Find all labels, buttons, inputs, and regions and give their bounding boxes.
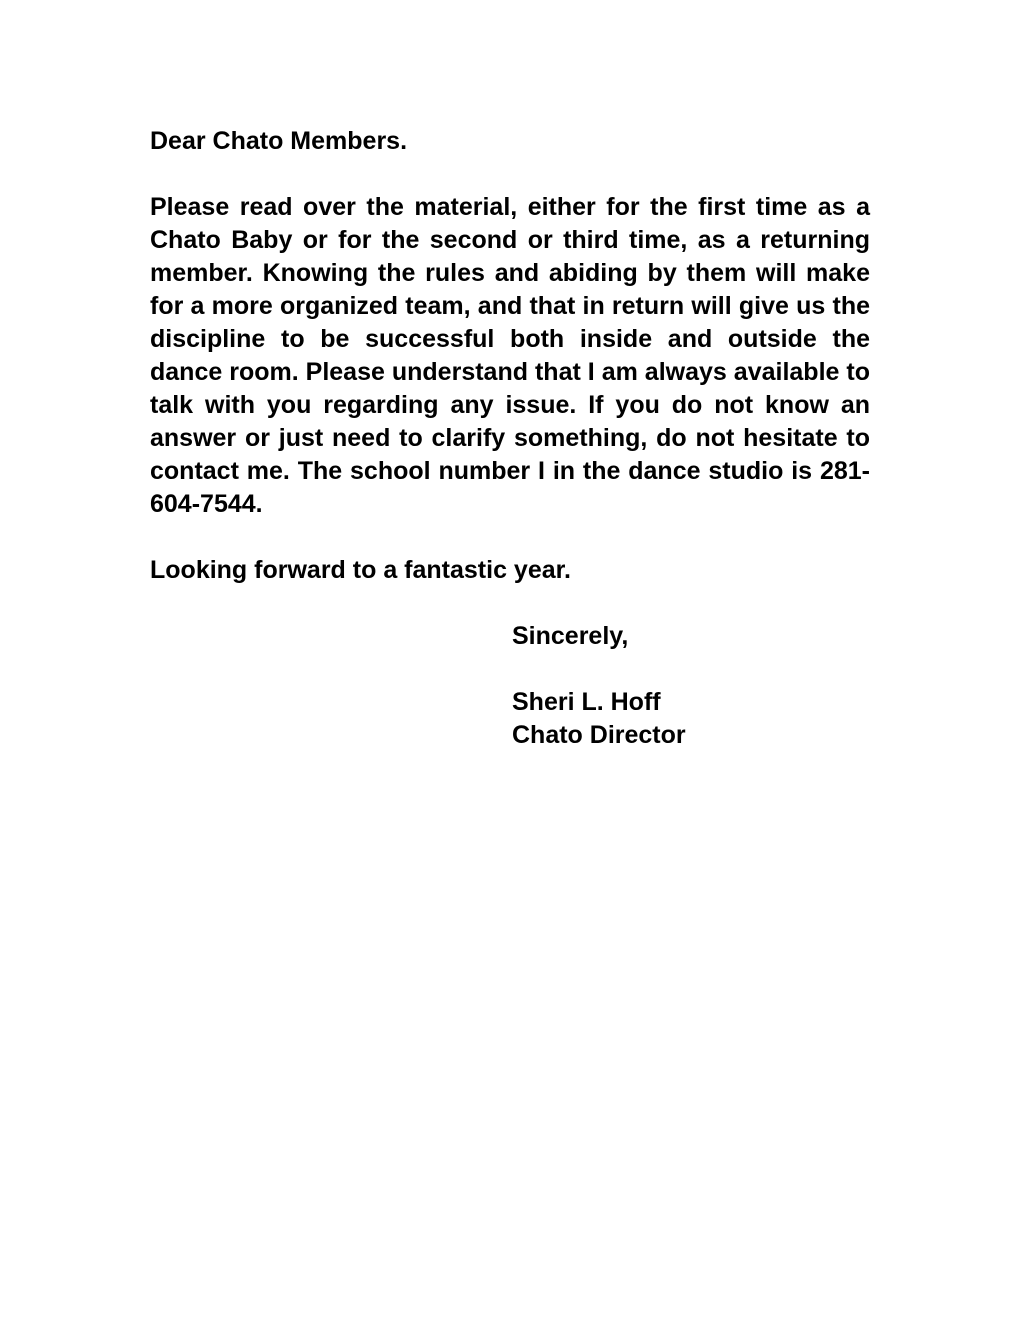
valediction: Sincerely,	[512, 620, 870, 653]
closing-line: Looking forward to a fantastic year.	[150, 554, 870, 587]
signature-block: Sincerely, Sheri L. Hoff Chato Director	[512, 620, 870, 752]
signature-title: Chato Director	[512, 719, 870, 752]
salutation: Dear Chato Members.	[150, 125, 870, 158]
body-paragraph: Please read over the material, either fo…	[150, 191, 870, 521]
signature-name: Sheri L. Hoff	[512, 686, 870, 719]
letter-page: Dear Chato Members. Please read over the…	[0, 0, 1020, 1320]
